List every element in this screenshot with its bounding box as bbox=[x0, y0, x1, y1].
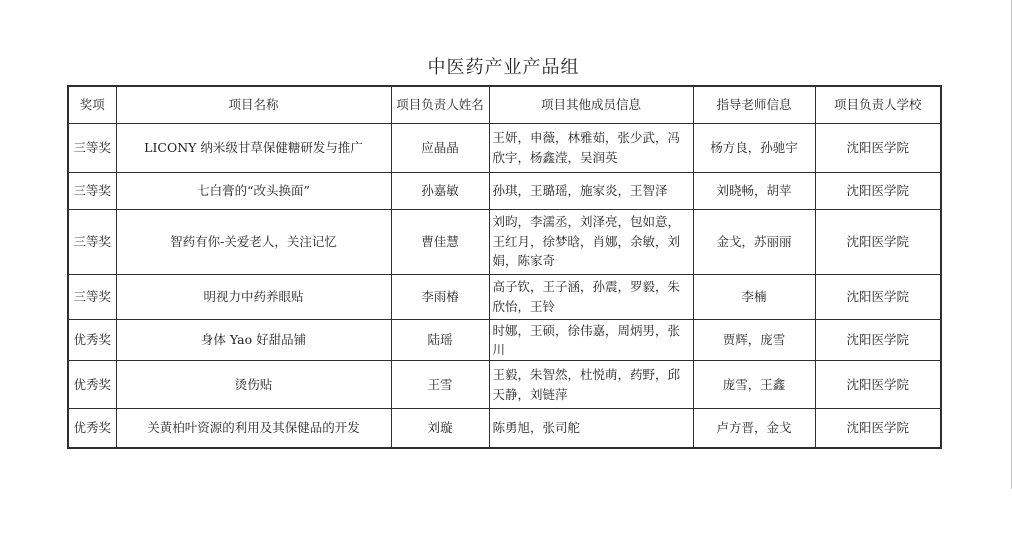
table-row: 三等奖 LICONY 纳米级甘草保健糖研发与推广 应晶晶 王妍，申薇，林雅茹，张… bbox=[68, 123, 941, 172]
members-cell: 陈勇旭，张司舵 bbox=[489, 409, 693, 448]
members-cell: 时娜，王硕，徐伟嘉，周炳男，张川 bbox=[489, 319, 693, 361]
column-header-project-name: 项目名称 bbox=[116, 86, 391, 123]
project-name-cell: 智药有你-关爱老人，关注记忆 bbox=[116, 209, 391, 274]
award-cell: 三等奖 bbox=[68, 209, 116, 274]
school-cell: 沈阳医学院 bbox=[815, 274, 941, 319]
table-row: 三等奖 智药有你-关爱老人，关注记忆 曹佳慧 刘昀，李濡丞，刘泽亮，包如意，王红… bbox=[68, 209, 941, 274]
page-title: 中医药产业产品组 bbox=[67, 53, 940, 79]
column-header-advisors: 指导老师信息 bbox=[693, 86, 815, 123]
school-cell: 沈阳医学院 bbox=[815, 319, 941, 361]
award-cell: 三等奖 bbox=[68, 123, 116, 172]
award-cell: 优秀奖 bbox=[68, 361, 116, 409]
leader-cell: 李雨椿 bbox=[391, 274, 489, 319]
award-cell: 三等奖 bbox=[68, 274, 116, 319]
project-name-cell: 关黄柏叶资源的利用及其保健品的开发 bbox=[116, 409, 391, 448]
school-cell: 沈阳医学院 bbox=[815, 209, 941, 274]
advisors-cell: 李楠 bbox=[693, 274, 815, 319]
table-row: 优秀奖 关黄柏叶资源的利用及其保健品的开发 刘璇 陈勇旭，张司舵 卢方晋，金戈 … bbox=[68, 409, 941, 448]
school-cell: 沈阳医学院 bbox=[815, 172, 941, 209]
school-cell: 沈阳医学院 bbox=[815, 409, 941, 448]
advisors-cell: 贾辉，庞雪 bbox=[693, 319, 815, 361]
award-cell: 优秀奖 bbox=[68, 409, 116, 448]
leader-cell: 孙嘉敏 bbox=[391, 172, 489, 209]
table-row: 优秀奖 烫伤贴 王雪 王毅，朱智然，杜悦萌，药野，邱天静，刘链萍 庞雪，王鑫 沈… bbox=[68, 361, 941, 409]
column-header-other-members: 项目其他成员信息 bbox=[489, 86, 693, 123]
leader-cell: 应晶晶 bbox=[391, 123, 489, 172]
leader-cell: 刘璇 bbox=[391, 409, 489, 448]
column-header-leader-name: 项目负责人姓名 bbox=[391, 86, 489, 123]
advisors-cell: 庞雪，王鑫 bbox=[693, 361, 815, 409]
school-cell: 沈阳医学院 bbox=[815, 123, 941, 172]
project-name-cell: 七白膏的“改头换面” bbox=[116, 172, 391, 209]
school-cell: 沈阳医学院 bbox=[815, 361, 941, 409]
advisors-cell: 刘晓畅，胡苹 bbox=[693, 172, 815, 209]
advisors-cell: 卢方晋，金戈 bbox=[693, 409, 815, 448]
project-name-cell: 烫伤贴 bbox=[116, 361, 391, 409]
column-header-school: 项目负责人学校 bbox=[815, 86, 941, 123]
members-cell: 刘昀，李濡丞，刘泽亮，包如意，王红月，徐梦晗，肖娜，余敏，刘娟，陈家奇 bbox=[489, 209, 693, 274]
members-cell: 孙琪，王璐瑶，施家炎，王智泽 bbox=[489, 172, 693, 209]
leader-cell: 陆瑶 bbox=[391, 319, 489, 361]
members-cell: 高子钦，王子涵，孙震，罗毅，朱欣怡，王铃 bbox=[489, 274, 693, 319]
awards-table: 奖项 项目名称 项目负责人姓名 项目其他成员信息 指导老师信息 项目负责人学校 … bbox=[67, 85, 942, 449]
leader-cell: 王雪 bbox=[391, 361, 489, 409]
table-row: 优秀奖 身体 Yao 好甜品铺 陆瑶 时娜，王硕，徐伟嘉，周炳男，张川 贾辉，庞… bbox=[68, 319, 941, 361]
project-name-cell: LICONY 纳米级甘草保健糖研发与推广 bbox=[116, 123, 391, 172]
project-name-cell: 明视力中药养眼贴 bbox=[116, 274, 391, 319]
column-header-award: 奖项 bbox=[68, 86, 116, 123]
project-name-cell: 身体 Yao 好甜品铺 bbox=[116, 319, 391, 361]
header-row: 奖项 项目名称 项目负责人姓名 项目其他成员信息 指导老师信息 项目负责人学校 bbox=[68, 86, 941, 123]
members-cell: 王毅，朱智然，杜悦萌，药野，邱天静，刘链萍 bbox=[489, 361, 693, 409]
advisors-cell: 杨方良，孙驰宇 bbox=[693, 123, 815, 172]
award-cell: 三等奖 bbox=[68, 172, 116, 209]
award-cell: 优秀奖 bbox=[68, 319, 116, 361]
table-row: 三等奖 明视力中药养眼贴 李雨椿 高子钦，王子涵，孙震，罗毅，朱欣怡，王铃 李楠… bbox=[68, 274, 941, 319]
table-row: 三等奖 七白膏的“改头换面” 孙嘉敏 孙琪，王璐瑶，施家炎，王智泽 刘晓畅，胡苹… bbox=[68, 172, 941, 209]
members-cell: 王妍，申薇，林雅茹，张少武，冯欣宇，杨鑫滢，吴润英 bbox=[489, 123, 693, 172]
leader-cell: 曹佳慧 bbox=[391, 209, 489, 274]
advisors-cell: 金戈，苏丽丽 bbox=[693, 209, 815, 274]
